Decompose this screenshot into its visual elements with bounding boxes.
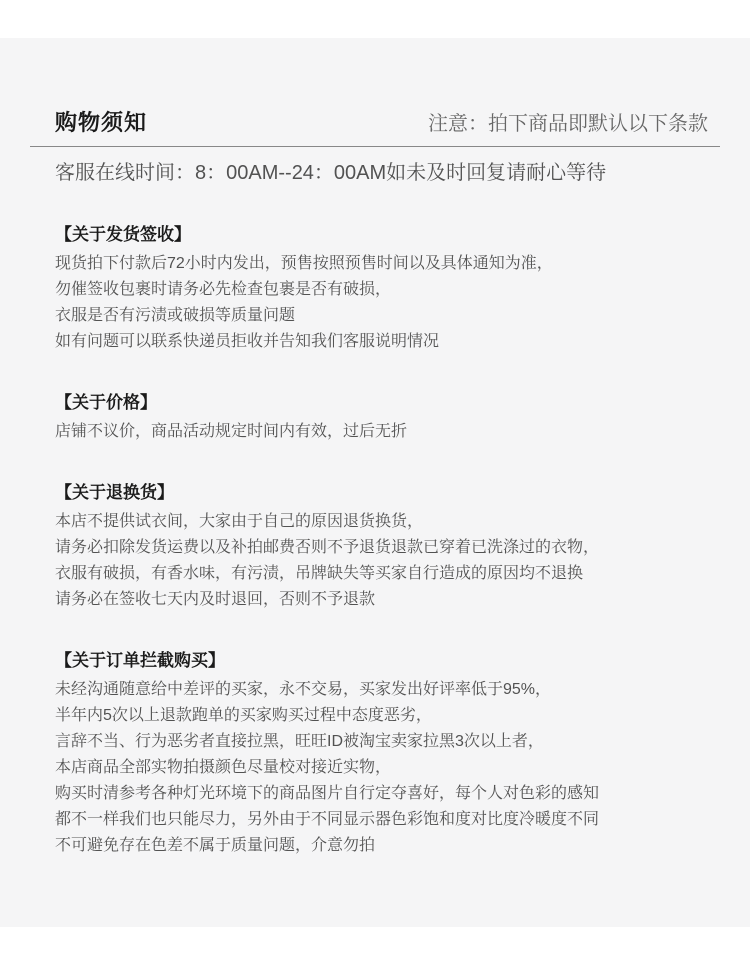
section-line: 如有问题可以联系快递员拒收并告知我们客服说明情况: [55, 329, 708, 355]
section-line: 都不一样我们也只能尽力，另外由于不同显示器色彩饱和度对比度冷暖度不同: [55, 807, 708, 833]
page-title: 购物须知: [55, 108, 147, 138]
notice-header: 购物须知 注意：拍下商品即默认以下条款: [55, 108, 708, 139]
section-line: 购买时清参考各种灯光环境下的商品图片自行定夺喜好，每个人对色彩的感知: [55, 781, 708, 807]
section-line: 言辞不当、行为恶劣者直接拉黑，旺旺ID被淘宝卖家拉黑3次以上者，: [55, 729, 708, 755]
section-line: 未经沟通随意给中差评的买家，永不交易，买家发出好评率低于95%，: [55, 677, 708, 703]
section-line: 衣服是否有污渍或破损等质量问题: [55, 303, 708, 329]
section-line: 请务必扣除发货运费以及补拍邮费否则不予退货退款已穿着已洗涤过的衣物，: [55, 535, 708, 561]
section-returns: 【关于退换货】 本店不提供试衣间，大家由于自己的原因退货换货， 请务必扣除发货运…: [55, 480, 708, 613]
notice-subtitle: 注意：拍下商品即默认以下条款: [428, 109, 708, 139]
section-line: 本店不提供试衣间，大家由于自己的原因退货换货，: [55, 509, 708, 535]
section-line: 勿催签收包裹时请务必先检查包裹是否有破损，: [55, 277, 708, 303]
section-line: 不可避免存在色差不属于质量问题，介意勿拍: [55, 833, 708, 859]
section-header: 【关于订单拦截购买】: [55, 648, 708, 674]
section-header: 【关于发货签收】: [55, 222, 708, 248]
section-line: 衣服有破损，有香水味，有污渍，吊牌缺失等买家自行造成的原因均不退换: [55, 561, 708, 587]
section-shipping: 【关于发货签收】 现货拍下付款后72小时内发出，预售按照预售时间以及具体通知为准…: [55, 222, 708, 355]
shopping-notice-panel: 购物须知 注意：拍下商品即默认以下条款 客服在线时间：8：00AM--24：00…: [0, 38, 750, 927]
section-header: 【关于退换货】: [55, 480, 708, 506]
section-order-blocking: 【关于订单拦截购买】 未经沟通随意给中差评的买家，永不交易，买家发出好评率低于9…: [55, 648, 708, 859]
service-hours-line: 客服在线时间：8：00AM--24：00AM如未及时回复请耐心等待: [55, 159, 708, 187]
section-line: 半年内5次以上退款跑单的买家购买过程中态度恶劣，: [55, 703, 708, 729]
section-line: 请务必在签收七天内及时退回，否则不予退款: [55, 587, 708, 613]
section-header: 【关于价格】: [55, 390, 708, 416]
header-divider: [30, 146, 720, 147]
section-line: 店铺不议价，商品活动规定时间内有效，过后无折: [55, 419, 708, 445]
section-line: 现货拍下付款后72小时内发出，预售按照预售时间以及具体通知为准，: [55, 251, 708, 277]
section-price: 【关于价格】 店铺不议价，商品活动规定时间内有效，过后无折: [55, 390, 708, 445]
section-line: 本店商品全部实物拍摄颜色尽量校对接近实物，: [55, 755, 708, 781]
